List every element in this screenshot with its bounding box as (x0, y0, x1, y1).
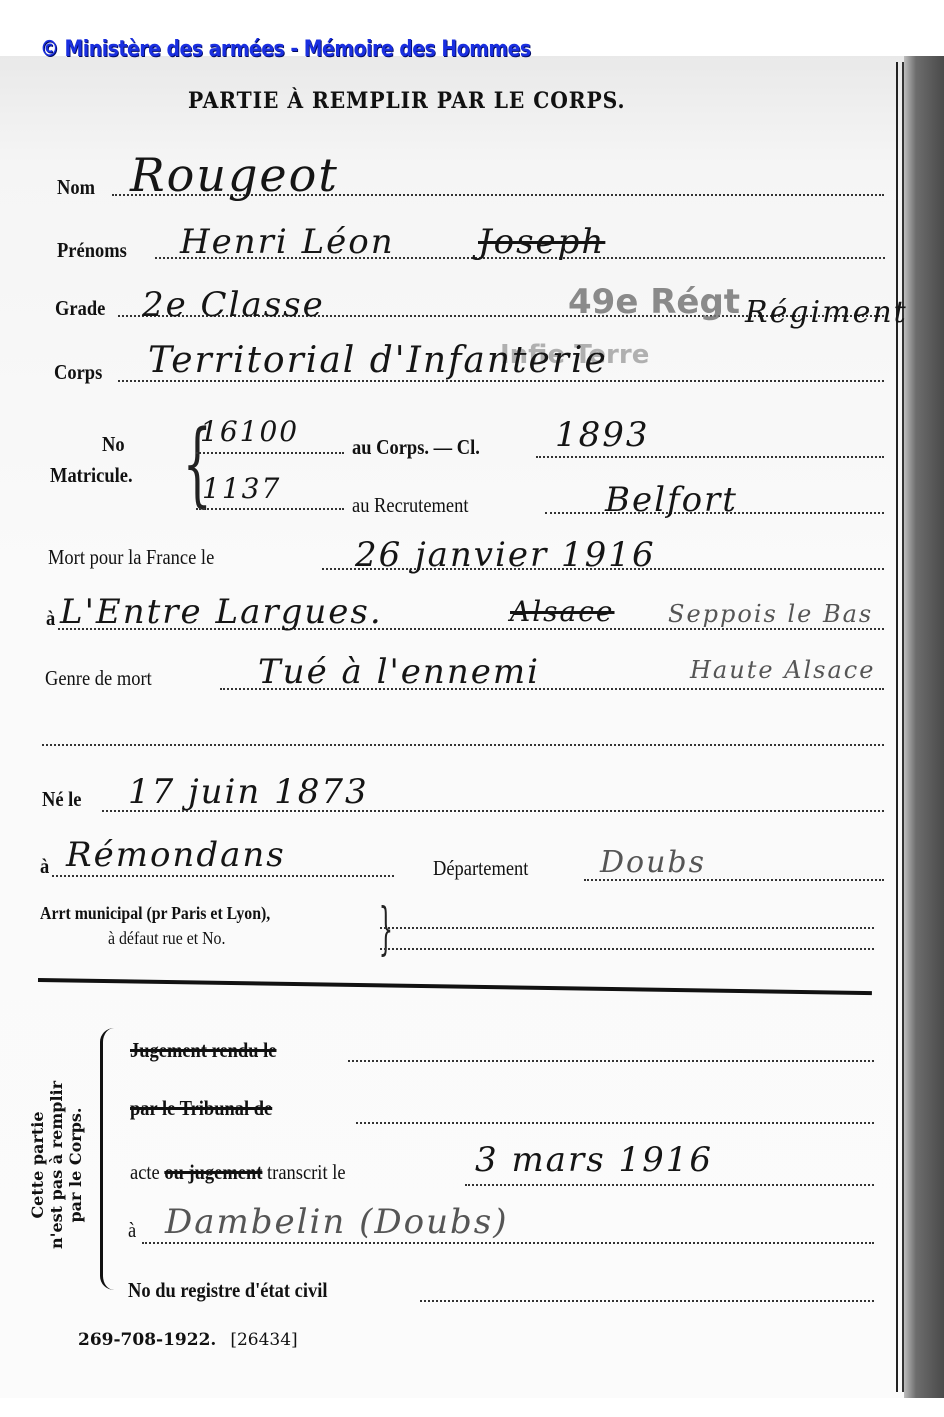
lower-section-brace (100, 1028, 119, 1290)
value-nom: Rougeot (130, 148, 339, 202)
label-registre: No du registre d'état civil (128, 1278, 327, 1303)
value-lieu-acte: Dambelin (Doubs) (165, 1202, 508, 1242)
field-line (196, 508, 344, 510)
label-lieu-naissance: à (40, 854, 49, 879)
value-recrutement-place: Belfort (605, 480, 738, 520)
value-lieu-mort: L'Entre Largues. (60, 592, 383, 632)
field-line (380, 927, 874, 929)
value-departement: Doubs (600, 845, 706, 880)
field-line (52, 875, 394, 877)
label-mort: Mort pour la France le (48, 545, 214, 570)
value-naissance: 17 juin 1873 (128, 772, 369, 812)
form-footer-code: 269-708-1922.[26434] (78, 1330, 298, 1350)
label-acte: acte ou jugement transcrit le (130, 1160, 346, 1185)
value-corps-note: Régiment (745, 295, 908, 330)
label-genre-mort: Genre de mort (45, 666, 152, 691)
field-line (536, 456, 884, 458)
label-tribunal: par le Tribunal de (130, 1096, 272, 1121)
label-arrondissement-line2: à défaut rue et No. (108, 928, 225, 949)
value-corps: Territorial d'Infanterie (148, 340, 608, 381)
label-lieu-acte: à (128, 1218, 136, 1243)
label-au-recrutement: au Recrutement (352, 493, 468, 518)
value-prenoms-struck: Joseph (478, 222, 605, 262)
label-jugement: Jugement rendu le (130, 1038, 276, 1063)
value-lieu-mort-note1: Seppois le Bas (668, 600, 873, 628)
label-matricule-no: No (102, 432, 125, 457)
value-classe: 1893 (555, 415, 650, 455)
value-matricule-recrutement: 1137 (202, 472, 281, 505)
value-lieu-naissance: Rémondans (66, 835, 286, 875)
side-note-line: n'est pas à remplir (47, 1080, 66, 1250)
value-genre-mort: Tué à l'ennemi (258, 652, 540, 692)
side-note: Cette partie n'est pas à remplir par le … (28, 1080, 85, 1250)
label-nom: Nom (57, 175, 95, 200)
form-ref: [26434] (230, 1330, 297, 1350)
field-line (356, 1122, 874, 1124)
label-prenoms: Prénoms (57, 238, 127, 263)
value-matricule-corps: 16100 (200, 415, 299, 448)
value-acte-date: 3 mars 1916 (475, 1140, 713, 1180)
label-corps: Corps (54, 360, 102, 385)
field-line (142, 1242, 874, 1244)
card-border-line (902, 62, 904, 1392)
value-lieu-mort-struck: Alsace (510, 595, 615, 628)
field-line-blank (42, 744, 884, 746)
regiment-stamp-line1: 49e Régt (568, 282, 740, 322)
label-arrondissement-line1: Arrt municipal (pr Paris et Lyon), (40, 903, 270, 924)
label-grade: Grade (55, 296, 105, 321)
label-lieu-mort: à (46, 606, 55, 631)
value-lieu-mort-note2: Haute Alsace (690, 656, 875, 684)
field-line (380, 948, 874, 950)
field-line (196, 452, 344, 454)
card-border-line (896, 62, 898, 1392)
label-matricule: Matricule. (50, 463, 133, 488)
side-note-line: par le Corps. (66, 1080, 85, 1250)
label-acte-prefix: acte (130, 1160, 160, 1184)
field-line (420, 1300, 874, 1302)
value-grade: 2e Classe (142, 285, 325, 325)
label-au-corps: au Corps. — Cl. (352, 435, 480, 460)
label-naissance: Né le (42, 787, 82, 812)
label-acte-struck: ou jugement (164, 1160, 262, 1184)
form-code: 269-708-1922. (78, 1330, 216, 1350)
label-acte-suffix: transcrit le (267, 1160, 346, 1184)
value-prenoms: Henri Léon (180, 222, 395, 262)
label-departement: Département (433, 856, 528, 881)
value-mort-date: 26 janvier 1916 (355, 535, 656, 575)
side-note-line: Cette partie (28, 1080, 47, 1250)
field-line (465, 1184, 874, 1186)
field-line (348, 1060, 874, 1062)
copyright-watermark: © Ministère des armées - Mémoire des Hom… (40, 37, 531, 62)
form-heading: PARTIE À REMPLIR PAR LE CORPS. (188, 88, 625, 114)
